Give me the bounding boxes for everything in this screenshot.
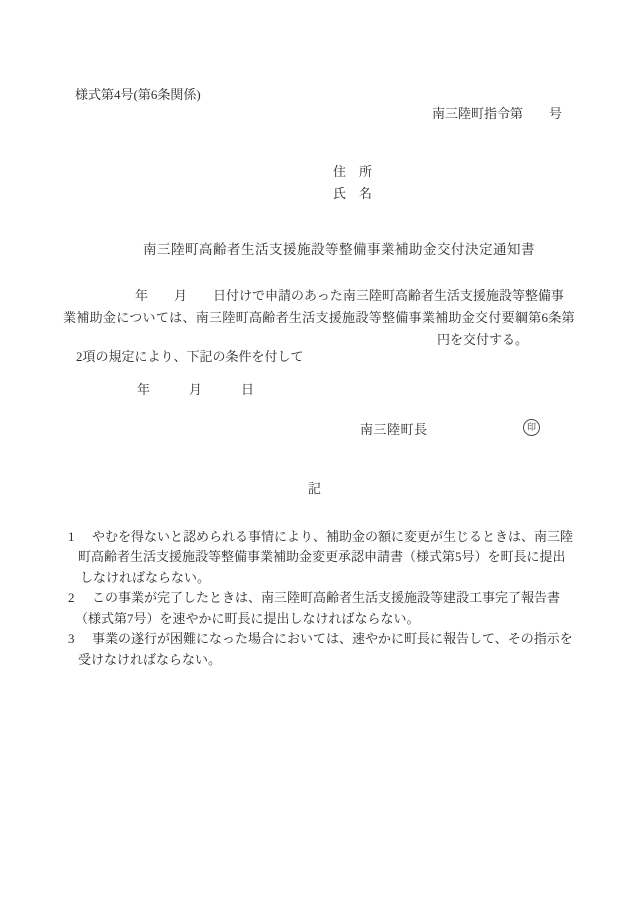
condition-item-2-text: この事業が完了したときは、南三陸町高齢者生活支援施設等建設工事完了報告書 bbox=[92, 589, 560, 606]
condition-item-2-line-1: 2 この事業が完了したときは、南三陸町高齢者生活支援施設等建設工事完了報告書 bbox=[68, 589, 608, 606]
date-line: 年 月 日 bbox=[137, 381, 254, 398]
document-page: 様式第4号(第6条関係) 南三陸町指令第 号 住 所 氏 名 南三陸町高齢者生活… bbox=[0, 0, 630, 915]
document-title: 南三陸町高齢者生活支援施設等整備事業補助金交付決定通知書 bbox=[143, 241, 535, 258]
condition-item-2-line-2: （様式第7号）を速やかに町長に提出しなければならない。 bbox=[75, 610, 420, 627]
condition-item-1-number: 1 bbox=[68, 528, 75, 545]
body-line-2: 業補助金については、南三陸町高齢者生活支援施設等整備事業補助金交付要綱第6条第 bbox=[63, 309, 575, 326]
body-line-1: 年 月 日付けで申請のあった南三陸町高齢者生活支援施設等整備事 bbox=[135, 287, 564, 304]
directive-number: 南三陸町指令第 号 bbox=[432, 105, 562, 122]
condition-item-1-text: やむを得ないと認められる事情により、補助金の額に変更が生じるときは、南三陸 bbox=[92, 528, 573, 545]
signer-title: 南三陸町長 bbox=[360, 421, 428, 438]
form-number: 様式第4号(第6条関係) bbox=[75, 86, 201, 103]
condition-item-3-number: 3 bbox=[68, 630, 75, 647]
condition-item-1-line-2: 町高齢者生活支援施設等整備事業補助金変更承認申請書（様式第5号）を町長に提出 bbox=[78, 548, 566, 565]
condition-item-2-number: 2 bbox=[68, 589, 75, 606]
condition-item-1-line-1: 1 やむを得ないと認められる事情により、補助金の額に変更が生じるときは、南三陸 bbox=[68, 528, 608, 545]
condition-item-1-line-3: しなければならない。 bbox=[80, 569, 210, 586]
section-marker: 記 bbox=[0, 480, 630, 497]
body-line-3-text: 2項の規定により、下記の条件を付して bbox=[76, 349, 304, 364]
recipient-address-label: 住 所 bbox=[333, 163, 372, 180]
body-line-3-amount-suffix: 円を交付する。 bbox=[437, 331, 528, 348]
condition-item-3-line-1: 3 事業の遂行が困難になった場合においては、速やかに町長に報告して、その指示を bbox=[68, 630, 608, 647]
condition-item-3-text: 事業の遂行が困難になった場合においては、速やかに町長に報告して、その指示を bbox=[92, 630, 573, 647]
recipient-name-label: 氏 名 bbox=[333, 185, 372, 202]
seal-icon: 印 bbox=[523, 419, 540, 436]
condition-item-3-line-2: 受けなければならない。 bbox=[78, 651, 221, 668]
